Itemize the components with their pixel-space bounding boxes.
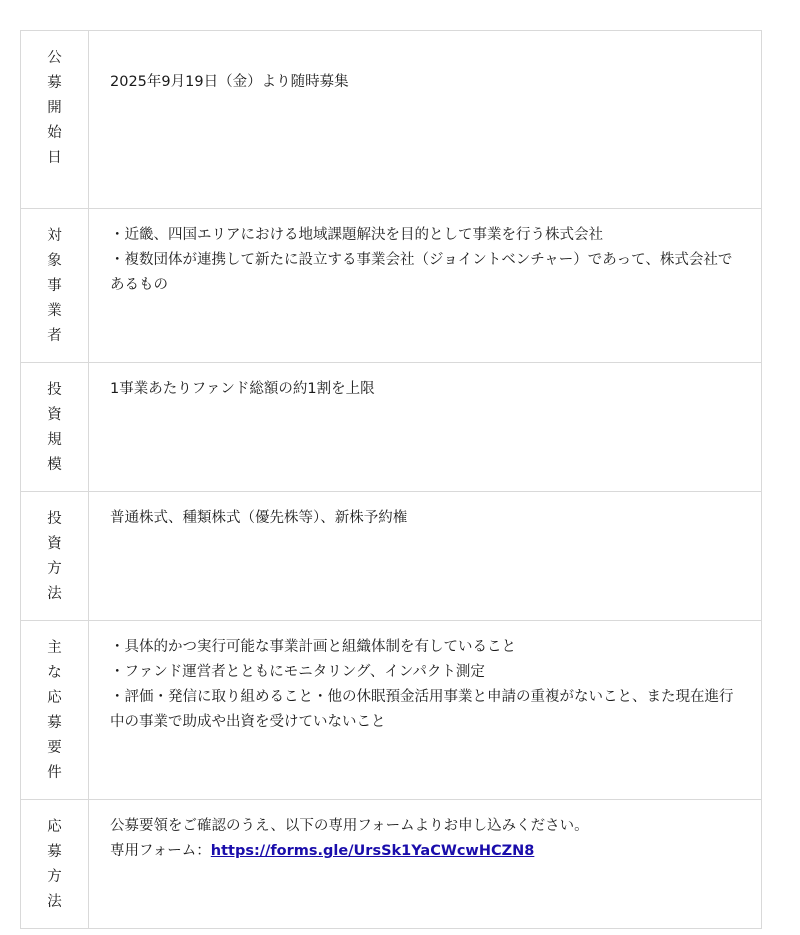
label-char: 投 [21, 378, 88, 403]
label-char: 始 [21, 121, 88, 146]
label-char: 方 [21, 557, 88, 582]
label-char: 投 [21, 507, 88, 532]
value-start-date: 2025年9月19日（金）より随時募集 [89, 31, 762, 209]
label-char: 開 [21, 96, 88, 121]
label-char: な [21, 661, 88, 686]
value-line: 2025年9月19日（金）より随時募集 [110, 70, 741, 95]
label-char: 模 [21, 453, 88, 478]
label-char: 要 [21, 736, 88, 761]
label-char: 件 [21, 761, 88, 786]
label-method: 投 資 方 法 [21, 492, 89, 621]
row-apply: 応 募 方 法 公募要領をご確認のうえ、以下の専用フォームよりお申し込みください… [21, 800, 762, 929]
value-line: ・評価・発信に取り組めること・他の休眠預金活用事業と申請の重複がないこと、また現… [110, 685, 741, 735]
value-line: ・近畿、四国エリアにおける地域課題解決を目的として事業を行う株式会社 [110, 223, 741, 248]
value-method: 普通株式、種類株式（優先株等）、新株予約権 [89, 492, 762, 621]
label-char: 象 [21, 249, 88, 274]
value-line: 1事業あたりファンド総額の約1割を上限 [110, 377, 741, 402]
label-char: 主 [21, 636, 88, 661]
form-line: 専用フォーム：https://forms.gle/UrsSk1YaCWcwHCZ… [110, 839, 741, 864]
value-line: 公募要領をご確認のうえ、以下の専用フォームよりお申し込みください。 [110, 814, 741, 839]
value-target: ・近畿、四国エリアにおける地域課題解決を目的として事業を行う株式会社 ・複数団体… [89, 209, 762, 363]
value-scale: 1事業あたりファンド総額の約1割を上限 [89, 363, 762, 492]
value-line: ・具体的かつ実行可能な事業計画と組織体制を有していること [110, 635, 741, 660]
label-start-date: 公 募 開 始 日 [21, 31, 89, 209]
row-requirements: 主 な 応 募 要 件 ・具体的かつ実行可能な事業計画と組織体制を有していること… [21, 621, 762, 800]
label-target: 対 象 事 業 者 [21, 209, 89, 363]
label-char: 規 [21, 428, 88, 453]
label-char: 募 [21, 840, 88, 865]
label-char: 者 [21, 324, 88, 349]
label-char: 法 [21, 582, 88, 607]
label-char: 資 [21, 532, 88, 557]
value-line: ・複数団体が連携して新たに設立する事業会社（ジョイントベンチャー）であって、株式… [110, 248, 741, 298]
label-char: 応 [21, 815, 88, 840]
label-char: 法 [21, 890, 88, 915]
row-method: 投 資 方 法 普通株式、種類株式（優先株等）、新株予約権 [21, 492, 762, 621]
value-requirements: ・具体的かつ実行可能な事業計画と組織体制を有していること ・ファンド運営者ととも… [89, 621, 762, 800]
label-requirements: 主 な 応 募 要 件 [21, 621, 89, 800]
label-apply: 応 募 方 法 [21, 800, 89, 929]
label-char: 募 [21, 71, 88, 96]
row-scale: 投 資 規 模 1事業あたりファンド総額の約1割を上限 [21, 363, 762, 492]
value-line: ・ファンド運営者とともにモニタリング、インパクト測定 [110, 660, 741, 685]
label-char: 公 [21, 46, 88, 71]
label-scale: 投 資 規 模 [21, 363, 89, 492]
label-char: 業 [21, 299, 88, 324]
row-start-date: 公 募 開 始 日 2025年9月19日（金）より随時募集 [21, 31, 762, 209]
value-apply: 公募要領をご確認のうえ、以下の専用フォームよりお申し込みください。 専用フォーム… [89, 800, 762, 929]
label-char: 募 [21, 711, 88, 736]
label-char: 事 [21, 274, 88, 299]
label-char: 対 [21, 224, 88, 249]
label-char: 日 [21, 146, 88, 171]
label-char: 資 [21, 403, 88, 428]
value-line: 普通株式、種類株式（優先株等）、新株予約権 [110, 506, 741, 531]
label-char: 方 [21, 865, 88, 890]
form-link[interactable]: https://forms.gle/UrsSk1YaCWcwHCZN8 [211, 843, 535, 859]
label-char: 応 [21, 686, 88, 711]
form-prefix: 専用フォーム： [110, 843, 211, 859]
row-target: 対 象 事 業 者 ・近畿、四国エリアにおける地域課題解決を目的として事業を行う… [21, 209, 762, 363]
info-table: 公 募 開 始 日 2025年9月19日（金）より随時募集 対 象 事 業 者 … [20, 30, 762, 929]
